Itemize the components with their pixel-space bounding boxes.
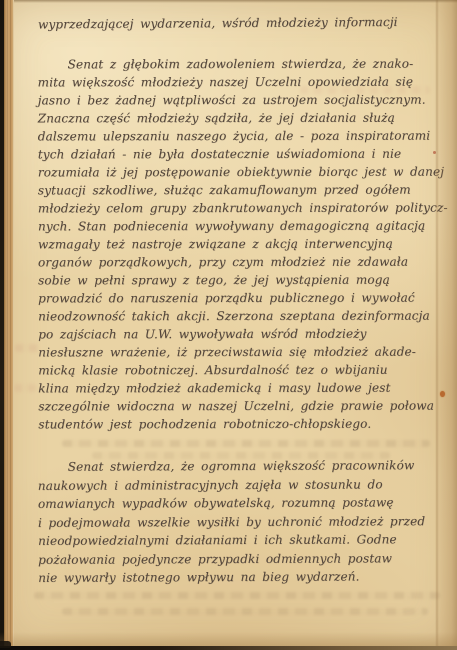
page-stack-edge-left	[4, 0, 14, 650]
handwritten-paragraph-senate-youth: Senat z głębokim zadowoleniem stwierdza,…	[38, 55, 453, 434]
manuscript-page: wyprzedzającej wydarzenia, wśród młodzie…	[0, 0, 457, 650]
handwritten-paragraph-senate-staff: Senat stwierdza, że ogromna większość pr…	[38, 456, 453, 587]
ink-bleedthrough	[62, 608, 428, 615]
ink-bleedthrough	[15, 344, 39, 352]
page-corner-mark	[0, 641, 11, 648]
page-edge-top	[0, 0, 457, 3]
ink-bleedthrough	[62, 440, 430, 447]
handwritten-paragraph-continuation: wyprzedzającej wydarzenia, wśród młodzie…	[38, 13, 452, 34]
page-edge-left	[0, 0, 4, 650]
page-edge-right	[438, 0, 457, 650]
page-edge-bottom	[0, 646, 457, 650]
ink-bleedthrough	[14, 384, 36, 392]
page-shadow-bottom	[0, 632, 457, 646]
ink-bleedthrough	[34, 592, 440, 599]
